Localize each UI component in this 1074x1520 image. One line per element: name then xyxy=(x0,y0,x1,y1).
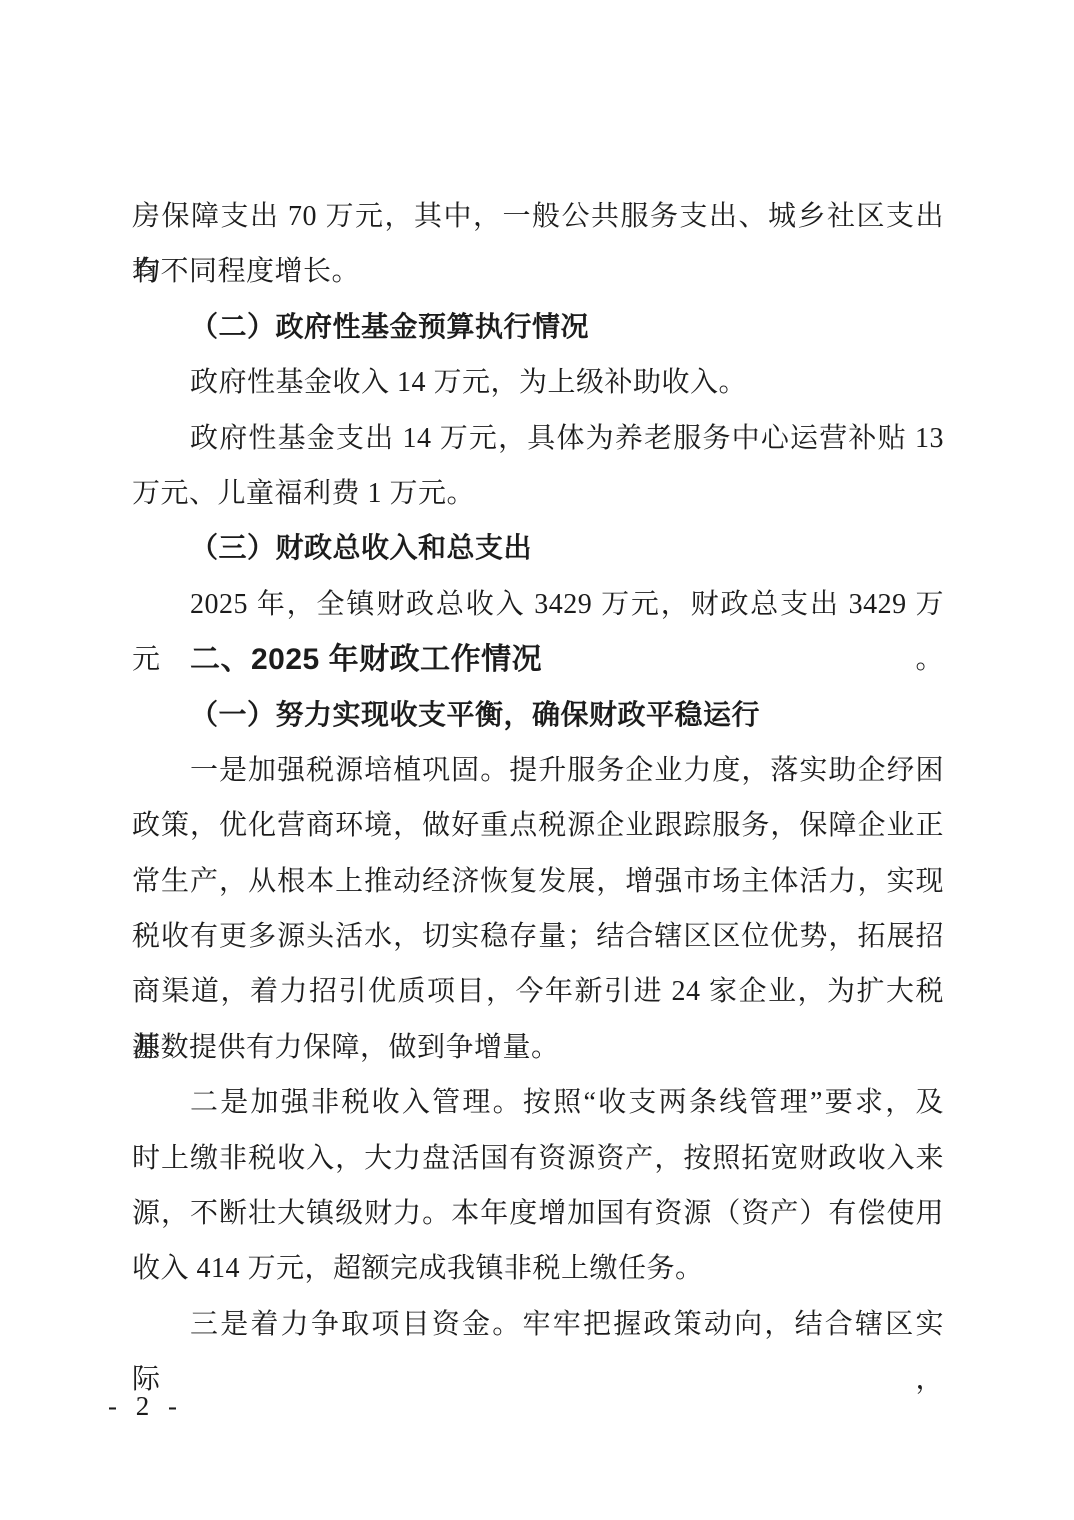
paragraph-line: 政府性基金收入 14 万元，为上级补助收入。 xyxy=(132,355,944,410)
paragraph-line: 税收有更多源头活水，切实稳存量；结合辖区区位优势，拓展招 xyxy=(132,909,944,964)
document-page: 房保障支出 70 万元，其中，一般公共服务支出、城乡社区支出均 有不同程度增长。… xyxy=(0,0,1074,1520)
document-body: 房保障支出 70 万元，其中，一般公共服务支出、城乡社区支出均 有不同程度增长。… xyxy=(132,189,944,1352)
paragraph-line: 房保障支出 70 万元，其中，一般公共服务支出、城乡社区支出均 xyxy=(132,189,944,244)
paragraph-line: 二是加强非税收入管理。按照“收支两条线管理”要求，及 xyxy=(132,1075,944,1130)
subheading-line: （二）政府性基金预算执行情况 xyxy=(132,300,944,355)
paragraph-line: 政策，优化营商环境，做好重点税源企业跟踪服务，保障企业正 xyxy=(132,798,944,853)
paragraph-line: 商渠道，着力招引优质项目，今年新引进 24 家企业，为扩大税源 xyxy=(132,964,944,1019)
paragraph-line: 源，不断壮大镇级财力。本年度增加国有资源（资产）有偿使用 xyxy=(132,1186,944,1241)
paragraph-line: 政府性基金支出 14 万元，具体为养老服务中心运营补贴 13 xyxy=(132,411,944,466)
paragraph-line: 有不同程度增长。 xyxy=(132,244,944,299)
paragraph-line: 收入 414 万元，超额完成我镇非税上缴任务。 xyxy=(132,1241,944,1296)
paragraph-line: 2025 年，全镇财政总收入 3429 万元，财政总支出 3429 万元。 xyxy=(132,577,944,632)
paragraph-line: 时上缴非税收入，大力盘活国有资源资产，按照拓宽财政收入来 xyxy=(132,1131,944,1186)
paragraph-line: 常生产，从根本上推动经济恢复发展，增强市场主体活力，实现 xyxy=(132,854,944,909)
subheading-line: （一）努力实现收支平衡，确保财政平稳运行 xyxy=(132,688,944,743)
paragraph-line: 万元、儿童福利费 1 万元。 xyxy=(132,466,944,521)
paragraph-line: 基数提供有力保障，做到争增量。 xyxy=(132,1020,944,1075)
paragraph-line: 一是加强税源培植巩固。提升服务企业力度，落实助企纾困 xyxy=(132,743,944,798)
paragraph-line: 三是着力争取项目资金。牢牢把握政策动向，结合辖区实际， xyxy=(132,1297,944,1352)
page-number: - 2 - xyxy=(108,1386,183,1426)
subheading-line: （三）财政总收入和总支出 xyxy=(132,521,944,576)
